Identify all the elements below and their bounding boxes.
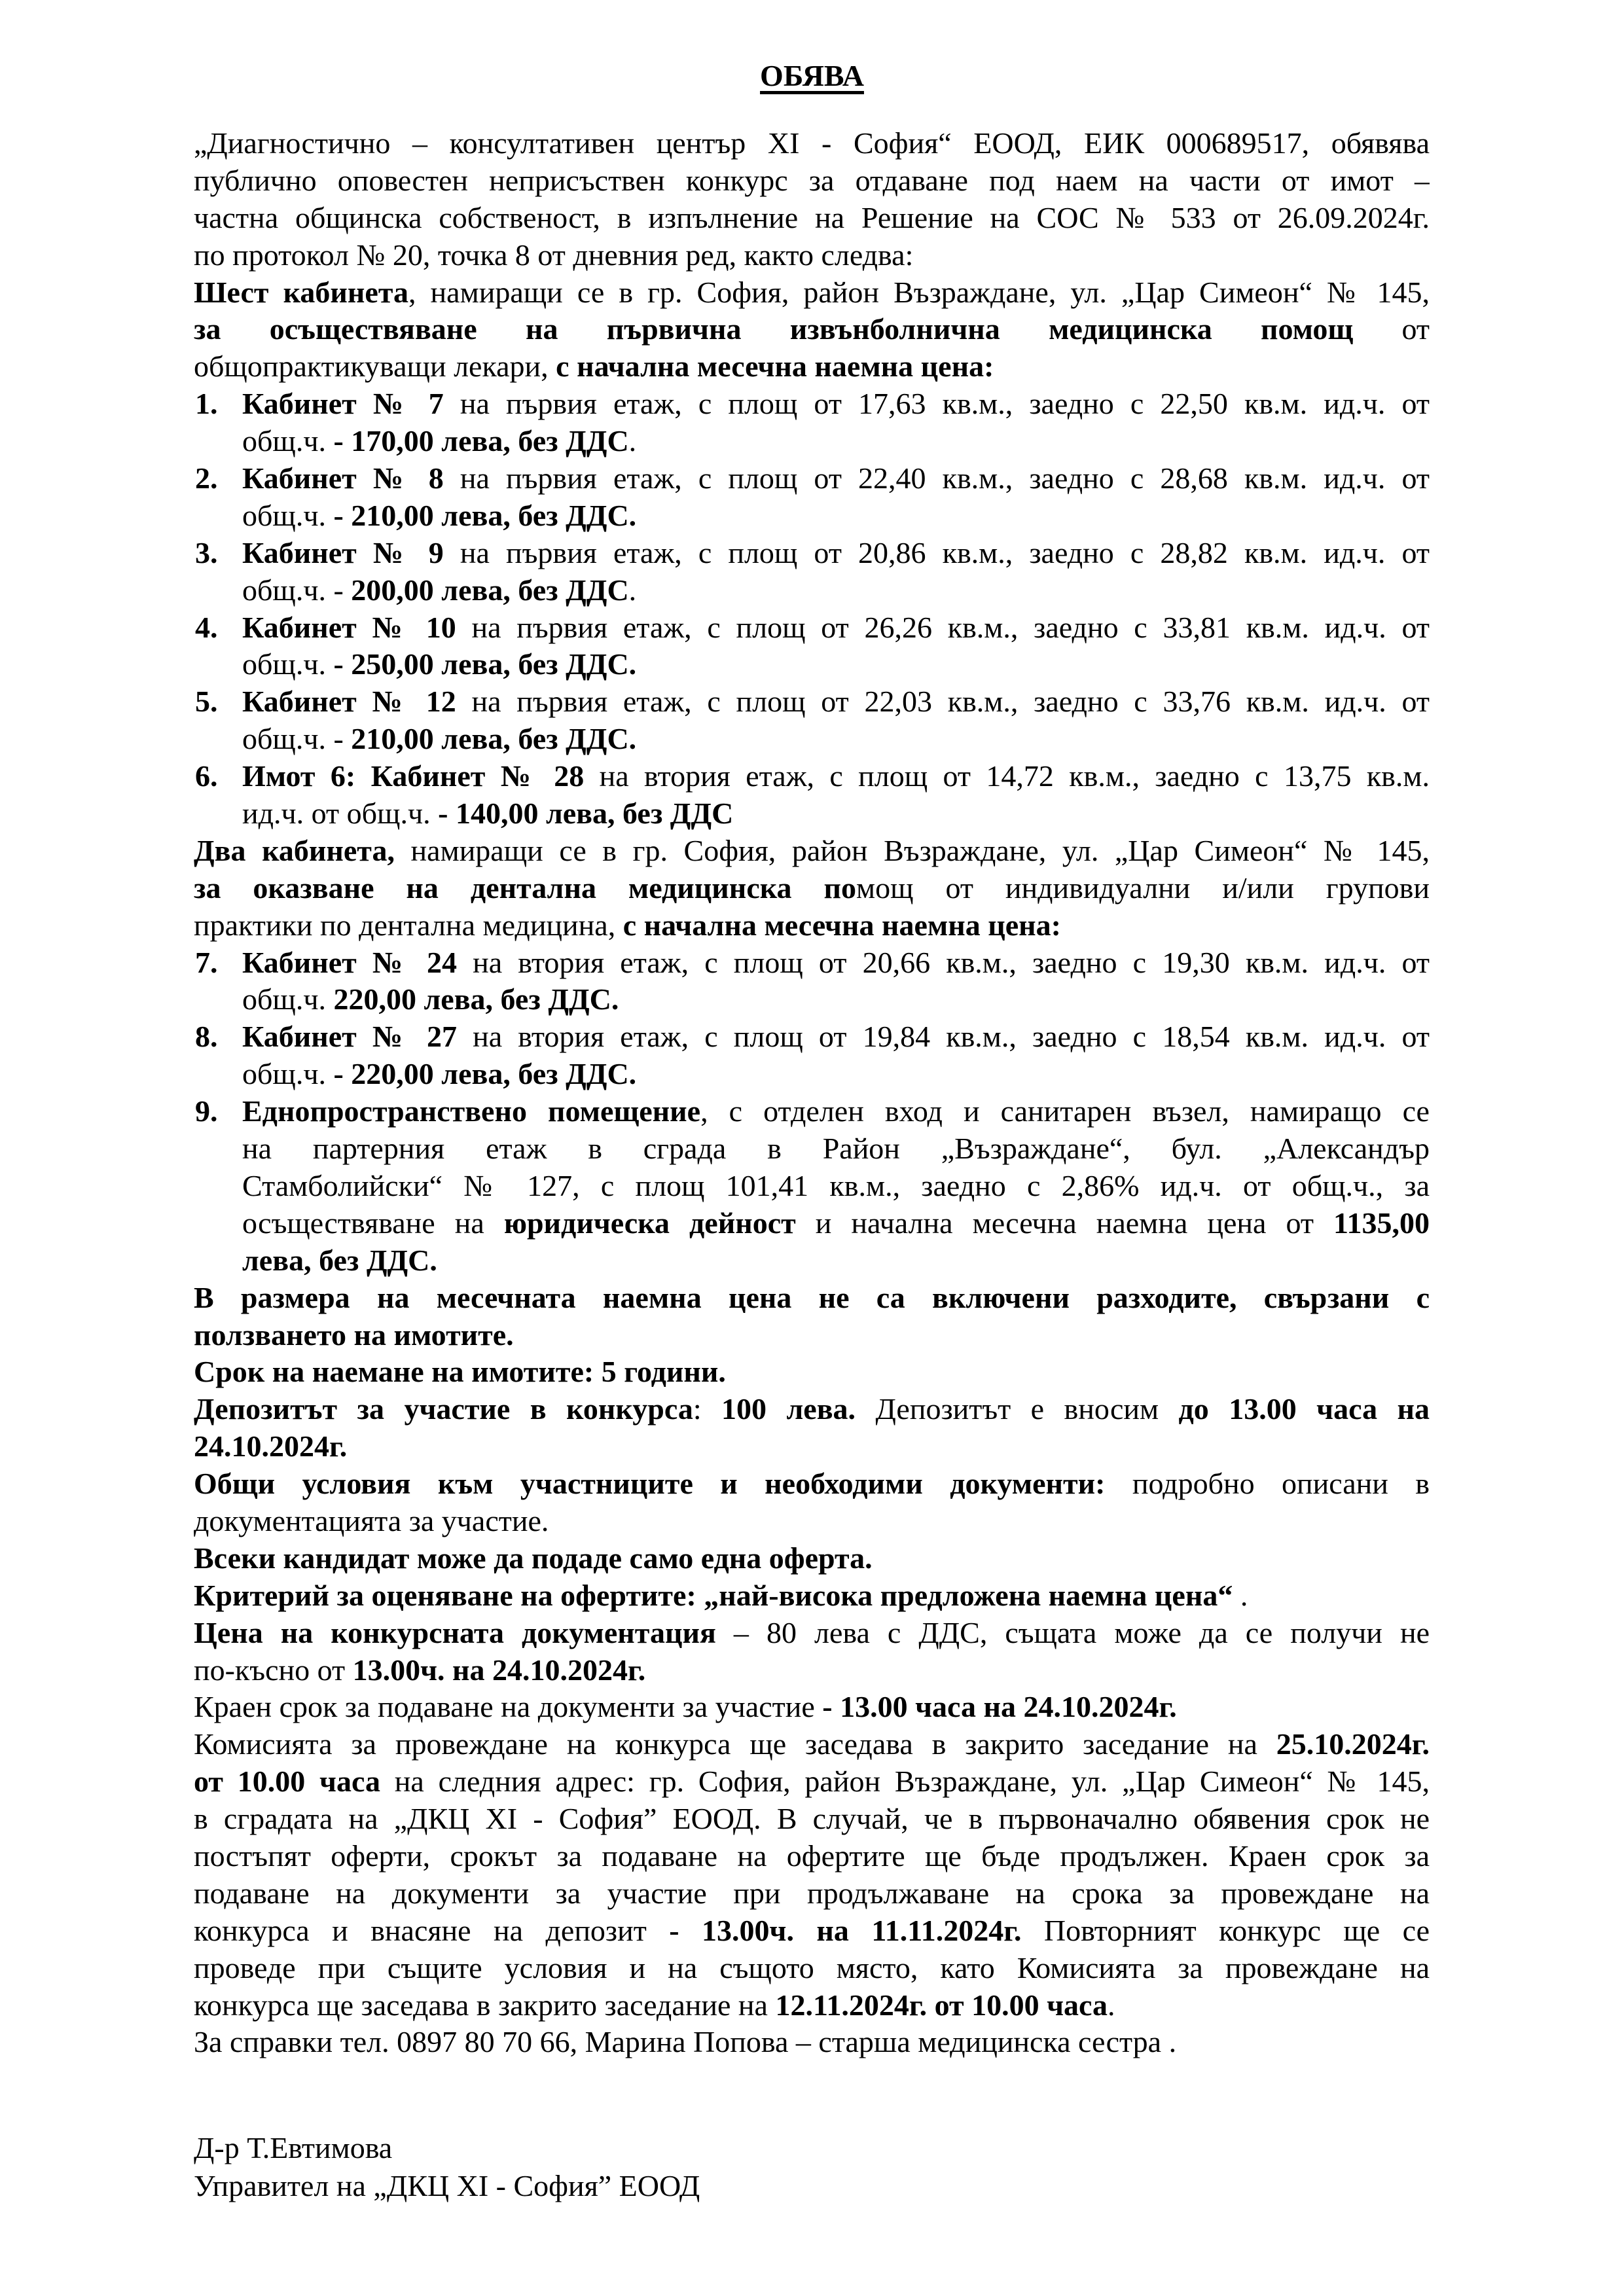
text: по протокол № 20, точка 8 от дневния ред… [194,238,913,272]
text: общопрактикуващи лекари, [194,350,556,383]
line-text: документацията за участие. [194,1503,1430,1540]
text: намиращи се в гр. София, район Възраждан… [395,834,1430,867]
text: За справки тел. 0897 80 70 66, Марина По… [194,2025,1176,2058]
text-line: Краен срок за подаване на документи за у… [194,1689,1430,1726]
text-line: в сградата на „ДКЦ XI - София” ЕООД. В с… [194,1801,1430,1838]
bold-text: 220,00 лева, без ДДС. [333,982,619,1016]
text: – 80 лева с ДДС, същата може да се получ… [716,1616,1430,1649]
line-text: Кабинет № 12 на първия етаж, с площ от 2… [242,683,1430,721]
text: конкурса ще заседава в закрито заседание… [194,1988,775,2022]
text-line: Критерий за оценяване на офертите: „най-… [194,1577,1430,1615]
text: на първия етаж, с площ от 26,26 кв.м., з… [456,611,1430,644]
list-item-line: 1.Кабинет № 7 на първия етаж, с площ от … [194,386,1430,423]
text-line: ползването на имотите. [194,1317,1430,1354]
list-number: 5. [195,683,218,721]
bold-text: Всеки кандидат може да подаде само една … [194,1541,873,1575]
bold-text: Еднопространствено помещение [242,1094,700,1128]
bold-text: Два кабинета, [194,834,395,867]
line-text: конкурса ще заседава в закрито заседание… [194,1987,1430,2024]
text-line: общ.ч. - 210,00 лева, без ДДС. [194,497,1430,535]
bold-text: - 140,00 лева, без ДДС [438,797,733,830]
list-number: 8. [195,1018,218,1056]
bold-text: ползването на имотите. [194,1318,514,1352]
text: документацията за участие. [194,1504,549,1537]
document-title: ОБЯВА [0,58,1624,94]
line-text: В размера на месечната наемна цена не са… [194,1280,1430,1317]
text: от [1353,312,1430,346]
line-text: подаване на документи за участие при про… [194,1875,1430,1912]
bold-text: 25.10.2024г. [1276,1727,1430,1761]
bold-text: 13.00ч. на 24.10.2024г. [353,1653,646,1687]
document-page: ОБЯВА „Диагностично – консултативен цент… [0,0,1624,2296]
line-text: в сградата на „ДКЦ XI - София” ЕООД. В с… [194,1801,1430,1838]
bold-text: - 210,00 лева, без ДДС. [333,499,636,532]
bold-text: В размера на месечната наемна цена не са… [194,1281,1430,1314]
text-line: Срок на наемане на имотите: 5 години. [194,1354,1430,1391]
text-line: Всеки кандидат може да подаде само една … [194,1540,1430,1577]
line-text: по протокол № 20, точка 8 от дневния ред… [194,237,1430,274]
bold-text: Срок на наемане на имотите: 5 години. [194,1355,726,1388]
text: Комисията за провеждане на конкурса ще з… [194,1727,1276,1761]
text-line: осъществяване на юридическа дейност и на… [194,1205,1430,1242]
text: и начална месечна наемна цена от [796,1206,1333,1240]
text: общ.ч. - [242,573,351,607]
line-text: конкурса и внасяне на депозит - 13.00ч. … [194,1912,1430,1950]
text-line: по-късно от 13.00ч. на 24.10.2024г. [194,1652,1430,1689]
bold-text: Шест кабинета [194,276,408,309]
text: подробно описани в [1105,1467,1430,1500]
bold-text: Кабинет № 27 [242,1020,457,1053]
line-text: по-късно от 13.00ч. на 24.10.2024г. [194,1652,1430,1689]
line-text: Кабинет № 8 на първия етаж, с площ от 22… [242,460,1430,497]
text-line: общ.ч. 220,00 лева, без ДДС. [194,981,1430,1018]
line-text: за оказване на дентална медицинска помощ… [194,870,1430,907]
text: Повторният конкурс ще се [1021,1914,1430,1947]
text: на следния адрес: гр. София, район Възра… [380,1765,1430,1798]
text-line: общопрактикуващи лекари, с начална месеч… [194,348,1430,386]
bold-text: Кабинет № 10 [242,611,456,644]
line-text: Стамболийски“ № 127, с площ 101,41 кв.м.… [242,1168,1430,1205]
text-line: Стамболийски“ № 127, с площ 101,41 кв.м.… [194,1168,1430,1205]
bold-text: - 220,00 лева, без ДДС. [333,1057,636,1090]
bold-text: Кабинет № 9 [242,536,444,569]
line-text: Срок на наемане на имотите: 5 години. [194,1354,1430,1391]
bold-text: 24.10.2024г. [194,1429,347,1463]
text-line: частна общинска собственост, в изпълнени… [194,200,1430,237]
bold-text: - 250,00 лева, без ДДС. [333,647,636,681]
list-number: 9. [195,1093,218,1130]
line-text: общ.ч. 220,00 лева, без ДДС. [242,981,1430,1018]
signature-name: Д-р Т.Евтимова [194,2129,392,2166]
line-text: „Диагностично – консултативен център XI … [194,125,1430,162]
line-text: ползването на имотите. [194,1317,1430,1354]
text: , намиращи се в гр. София, район Възражд… [408,276,1430,309]
line-text: Критерий за оценяване на офертите: „най-… [194,1577,1430,1615]
text-line: проведе при същите условия и на същото м… [194,1950,1430,1987]
line-text: осъществяване на юридическа дейност и на… [242,1205,1430,1242]
list-number: 3. [195,535,218,572]
bold-text: 200,00 лева, без ДДС [351,573,628,607]
bold-text: от 10.00 часа [194,1765,380,1798]
list-number: 6. [195,758,218,795]
text: . [1108,1988,1115,2022]
text-line: Комисията за провеждане на конкурса ще з… [194,1726,1430,1763]
text-line: общ.ч. - 170,00 лева, без ДДС. [194,423,1430,460]
line-text: общ.ч. - 200,00 лева, без ДДС. [242,572,1430,609]
text: : [693,1392,721,1426]
line-text: Два кабинета, намиращи се в гр. София, р… [194,833,1430,870]
text: публично оповестен неприсъствен конкурс … [194,164,1430,197]
text: практики по дентална медицина, [194,908,623,942]
text-line: постъпят оферти, срокът за подаване на о… [194,1838,1430,1875]
list-item-line: 2.Кабинет № 8 на първия етаж, с площ от … [194,460,1430,497]
bold-text: за оказване на дентална медицинска по [194,871,856,905]
line-text: Кабинет № 9 на първия етаж, с площ от 20… [242,535,1430,572]
line-text: За справки тел. 0897 80 70 66, Марина По… [194,2024,1430,2061]
text-line: конкурса и внасяне на депозит - 13.00ч. … [194,1912,1430,1950]
text-line: от 10.00 часа на следния адрес: гр. Софи… [194,1763,1430,1801]
line-text: Еднопространствено помещение, с отделен … [242,1093,1430,1130]
text: . [629,424,637,457]
bold-text: до 13.00 часа на [1179,1392,1430,1426]
text-line: общ.ч. - 250,00 лева, без ДДС. [194,646,1430,683]
list-number: 7. [195,944,218,982]
bold-text: Цена на конкурсната документация [194,1616,716,1649]
text: на първия етаж, с площ от 22,40 кв.м., з… [444,461,1430,495]
text: общ.ч. [242,647,333,681]
bold-text: 1135,00 [1333,1206,1430,1240]
text: подаване на документи за участие при про… [194,1876,1430,1910]
text-line: общ.ч. - 200,00 лева, без ДДС. [194,572,1430,609]
line-text: публично оповестен неприсъствен конкурс … [194,162,1430,200]
text: мощ от индивидуални и/или групови [856,871,1430,905]
line-text: Краен срок за подаване на документи за у… [194,1689,1430,1726]
line-text: проведе при същите условия и на същото м… [194,1950,1430,1987]
text: осъществяване на [242,1206,504,1240]
text: на партерния етаж в сграда в Район „Възр… [242,1132,1430,1165]
list-number: 1. [195,386,218,423]
bold-text: - 170,00 лева, без ДДС [333,424,628,457]
bold-text: Кабинет № 8 [242,461,444,495]
signature-position: Управител на „ДКЦ XI - София” ЕООД [194,2167,700,2204]
line-text: Кабинет № 27 на втория етаж, с площ от 1… [242,1018,1430,1056]
line-text: лева, без ДДС. [242,1242,1430,1280]
text: на първия етаж, с площ от 20,86 кв.м., з… [444,536,1430,569]
bold-text: 12.11.2024г. от 10.00 часа [775,1988,1108,2022]
text-line: В размера на месечната наемна цена не са… [194,1280,1430,1317]
line-text: 24.10.2024г. [194,1428,1430,1465]
text-line: ид.ч. от общ.ч. - 140,00 лева, без ДДС [194,795,1430,833]
text-line: за оказване на дентална медицинска помощ… [194,870,1430,907]
text-line: за осъществяване на първична извънболнич… [194,311,1430,348]
text-line: по протокол № 20, точка 8 от дневния ред… [194,237,1430,274]
line-text: Депозитът за участие в конкурса: 100 лев… [194,1391,1430,1428]
text: проведе при същите условия и на същото м… [194,1951,1430,1984]
line-text: Комисията за провеждане на конкурса ще з… [194,1726,1430,1763]
line-text: на партерния етаж в сграда в Район „Възр… [242,1130,1430,1168]
bold-text: с начална месечна наемна цена: [556,350,994,383]
bold-text: 100 лева. [721,1392,856,1426]
text-line: практики по дентална медицина, с начална… [194,907,1430,944]
text-line: Шест кабинета, намиращи се в гр. София, … [194,274,1430,312]
text: на първия етаж, с площ от 17,63 кв.м., з… [444,387,1430,420]
text-line: документацията за участие. [194,1503,1430,1540]
text-line: „Диагностично – консултативен център XI … [194,125,1430,162]
text: конкурса и внасяне на депозит [194,1914,669,1947]
list-item-line: 8.Кабинет № 27 на втория етаж, с площ от… [194,1018,1430,1056]
text: Стамболийски“ № 127, с площ 101,41 кв.м.… [242,1169,1430,1202]
text-line: Депозитът за участие в конкурса: 100 лев… [194,1391,1430,1428]
bold-text: Общи условия към участниците и необходим… [194,1467,1105,1500]
bold-text: Кабинет № 12 [242,685,456,718]
announcement-body: „Диагностично – консултативен център XI … [194,125,1430,2061]
text-line: 24.10.2024г. [194,1428,1430,1465]
line-text: Общи условия към участниците и необходим… [194,1465,1430,1503]
list-number: 4. [195,609,218,647]
text-line: подаване на документи за участие при про… [194,1875,1430,1912]
bold-text: Депозитът за участие в конкурса [194,1392,693,1426]
list-item-line: 3.Кабинет № 9 на първия етаж, с площ от … [194,535,1430,572]
bold-text: с начална месечна наемна цена: [623,908,1061,942]
line-text: общопрактикуващи лекари, с начална месеч… [194,348,1430,386]
text: на втория етаж, с площ от 14,72 кв.м., з… [584,759,1430,793]
bold-text: лева, без ДДС. [242,1244,437,1277]
text: общ.ч. [242,499,333,532]
line-text: общ.ч. - 210,00 лева, без ДДС. [242,497,1430,535]
line-text: общ.ч. - 250,00 лева, без ДДС. [242,646,1430,683]
line-text: общ.ч. - 170,00 лева, без ДДС. [242,423,1430,460]
line-text: частна общинска собственост, в изпълнени… [194,200,1430,237]
bold-text: Имот 6: Кабинет № 28 [242,759,584,793]
text-line: на партерния етаж в сграда в Район „Възр… [194,1130,1430,1168]
line-text: за осъществяване на първична извънболнич… [194,311,1430,348]
line-text: постъпят оферти, срокът за подаване на о… [194,1838,1430,1875]
bold-text: Кабинет № 24 [242,946,457,979]
text-line: общ.ч. - 220,00 лева, без ДДС. [194,1056,1430,1093]
line-text: практики по дентална медицина, с начална… [194,907,1430,944]
line-text: Всеки кандидат може да подаде само една … [194,1540,1430,1577]
bold-text: 210,00 лева, без ДДС. [351,722,636,755]
text: ид.ч. от общ.ч. [242,797,438,830]
text: , с отделен вход и санитарен възел, нами… [700,1094,1430,1128]
line-text: Кабинет № 7 на първия етаж, с площ от 17… [242,386,1430,423]
bold-text: Критерий за оценяване на офертите: „най-… [194,1579,1233,1612]
text: общ.ч. - [242,722,351,755]
bold-text: - 13.00ч. на 11.11.2024г. [669,1914,1021,1947]
text: общ.ч. [242,1057,333,1090]
list-item-line: 5.Кабинет № 12 на първия етаж, с площ от… [194,683,1430,721]
text: частна общинска собственост, в изпълнени… [194,201,1430,234]
text-line: Цена на конкурсната документация – 80 ле… [194,1615,1430,1652]
text: Депозитът е вносим [856,1392,1178,1426]
line-text: Шест кабинета, намиращи се в гр. София, … [194,274,1430,312]
bold-text: за осъществяване на първична извънболнич… [194,312,1353,346]
text: Краен срок за подаване на документи за у… [194,1690,822,1723]
line-text: Имот 6: Кабинет № 28 на втория етаж, с п… [242,758,1430,795]
list-item-line: 4.Кабинет № 10 на първия етаж, с площ от… [194,609,1430,647]
text-line: Два кабинета, намиращи се в гр. София, р… [194,833,1430,870]
text: на втория етаж, с площ от 19,84 кв.м., з… [457,1020,1430,1053]
bold-text: - 13.00 часа на 24.10.2024г. [822,1690,1176,1723]
text: в сградата на „ДКЦ XI - София” ЕООД. В с… [194,1802,1430,1835]
line-text: Кабинет № 24 на втория етаж, с площ от 2… [242,944,1430,982]
line-text: от 10.00 часа на следния адрес: гр. Софи… [194,1763,1430,1801]
text: . [629,573,637,607]
list-item-line: 6.Имот 6: Кабинет № 28 на втория етаж, с… [194,758,1430,795]
list-item-line: 7.Кабинет № 24 на втория етаж, с площ от… [194,944,1430,982]
text: „Диагностично – консултативен център XI … [194,126,1430,160]
text-line: лева, без ДДС. [194,1242,1430,1280]
text: на втория етаж, с площ от 20,66 кв.м., з… [457,946,1430,979]
line-text: Кабинет № 10 на първия етаж, с площ от 2… [242,609,1430,647]
line-text: общ.ч. - 210,00 лева, без ДДС. [242,721,1430,758]
text-line: За справки тел. 0897 80 70 66, Марина По… [194,2024,1430,2061]
title-text: ОБЯВА [760,59,864,92]
line-text: ид.ч. от общ.ч. - 140,00 лева, без ДДС [242,795,1430,833]
list-number: 2. [195,460,218,497]
text: . [1233,1579,1248,1612]
text: на първия етаж, с площ от 22,03 кв.м., з… [456,685,1430,718]
text-line: общ.ч. - 210,00 лева, без ДДС. [194,721,1430,758]
text: общ.ч. [242,982,333,1016]
line-text: Цена на конкурсната документация – 80 ле… [194,1615,1430,1652]
text-line: Общи условия към участниците и необходим… [194,1465,1430,1503]
bold-text: юридическа дейност [504,1206,796,1240]
text-line: публично оповестен неприсъствен конкурс … [194,162,1430,200]
text: по-късно от [194,1653,353,1687]
line-text: общ.ч. - 220,00 лева, без ДДС. [242,1056,1430,1093]
text: общ.ч. [242,424,333,457]
bold-text: Кабинет № 7 [242,387,444,420]
text: постъпят оферти, срокът за подаване на о… [194,1839,1430,1873]
list-item-line: 9.Еднопространствено помещение, с отделе… [194,1093,1430,1130]
text-line: конкурса ще заседава в закрито заседание… [194,1987,1430,2024]
